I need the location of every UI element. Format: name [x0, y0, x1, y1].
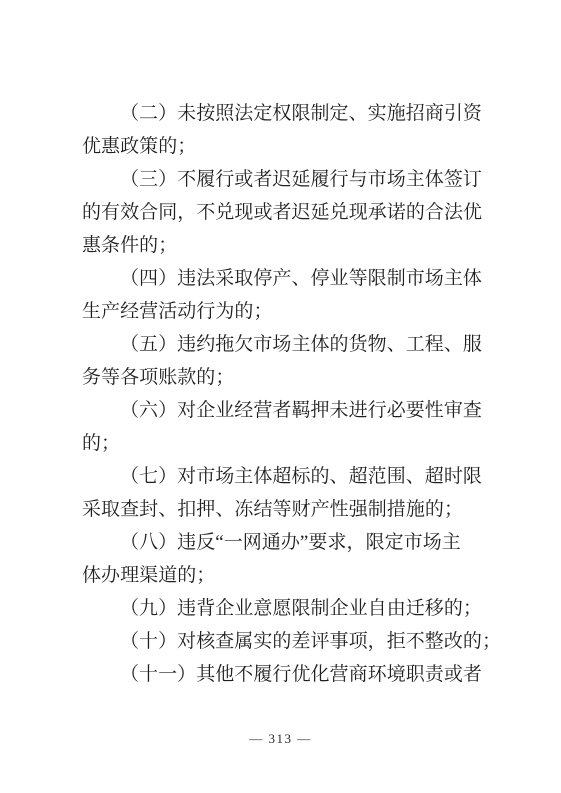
clause-line: （三）不履行或者迟延履行与市场主体签订	[82, 163, 482, 196]
document-body: （二）未按照法定权限制定、实施招商引资 优惠政策的； （三）不履行或者迟延履行与…	[82, 97, 482, 691]
clause-line: （四）违法采取停产、停业等限制市场主体	[82, 262, 482, 295]
clause-line: （八）违反“一网通办”要求，限定市场主	[82, 526, 482, 559]
clause-line: （七）对市场主体超标的、超范围、超时限	[82, 460, 482, 493]
clause-line: 体办理渠道的；	[82, 559, 482, 592]
clause-line: （十一）其他不履行优化营商环境职责或者	[82, 658, 482, 691]
clause-line: 优惠政策的；	[82, 130, 482, 163]
clause-line: 的有效合同，不兑现或者迟延兑现承诺的合法优	[82, 196, 482, 229]
clause-line: （二）未按照法定权限制定、实施招商引资	[82, 97, 482, 130]
clause-line: （五）违约拖欠市场主体的货物、工程、服	[82, 328, 482, 361]
document-page: （二）未按照法定权限制定、实施招商引资 优惠政策的； （三）不履行或者迟延履行与…	[0, 0, 561, 793]
clause-line: （六）对企业经营者羁押未进行必要性审查	[82, 394, 482, 427]
clause-line: （十）对核查属实的差评事项，拒不整改的；	[82, 625, 482, 658]
clause-line: 惠条件的；	[82, 229, 482, 262]
clause-line: （九）违背企业意愿限制企业自由迁移的；	[82, 592, 482, 625]
clause-line: 生产经营活动行为的；	[82, 295, 482, 328]
clause-line: 务等各项账款的；	[82, 361, 482, 394]
clause-line: 采取查封、扣押、冻结等财产性强制措施的；	[82, 493, 482, 526]
page-number: — 313 —	[0, 731, 561, 747]
clause-line: 的；	[82, 427, 482, 460]
